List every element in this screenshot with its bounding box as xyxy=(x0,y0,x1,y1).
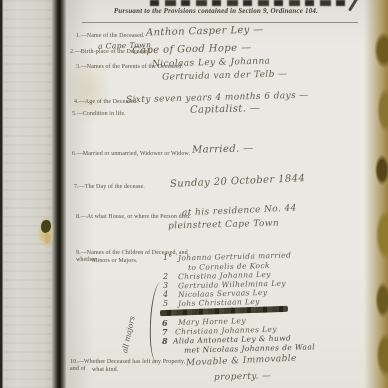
field-label-property-2: what kind. xyxy=(92,367,118,374)
field-label-married: 6.—Married or unmarried, Widower or Wido… xyxy=(72,151,190,158)
field-label-name: 1.—Name of the Deceased. xyxy=(76,33,145,40)
child-number: 4 xyxy=(163,290,168,299)
header-rule xyxy=(82,22,358,23)
field-label-house: 8.—At what House, or where the Person di… xyxy=(76,214,191,221)
glue-stained-edge xyxy=(364,0,388,388)
cutoff-title xyxy=(150,0,348,6)
seal-stain-tail xyxy=(44,232,51,244)
book-edge-strip xyxy=(0,0,54,388)
child-number: 8 xyxy=(162,336,168,346)
field-label-decease-day: 7.—The Day of the decease. xyxy=(74,184,145,191)
ordinance-subtitle: Pursuant to the Provisions contained in … xyxy=(80,7,352,15)
field-label-property: 10.—Whether Deceased has left any Proper… xyxy=(70,359,195,373)
binding-gutter xyxy=(52,0,66,388)
field-value-condition: Capitalist. — xyxy=(190,103,261,116)
scanned-death-notice: Pursuant to the Provisions contained in … xyxy=(0,0,388,388)
child-number: 3 xyxy=(163,281,168,290)
field-value-married: Married. — xyxy=(192,143,254,156)
field-label-condition: 5.—Condition in life. xyxy=(72,111,126,118)
field-value-property-2: property. — xyxy=(214,371,272,383)
child-number: 5 xyxy=(163,299,168,308)
field-label-children-2: Minors or Majors. xyxy=(92,258,138,265)
child-number: 1° xyxy=(163,253,172,262)
child-number: 2 xyxy=(163,272,168,281)
